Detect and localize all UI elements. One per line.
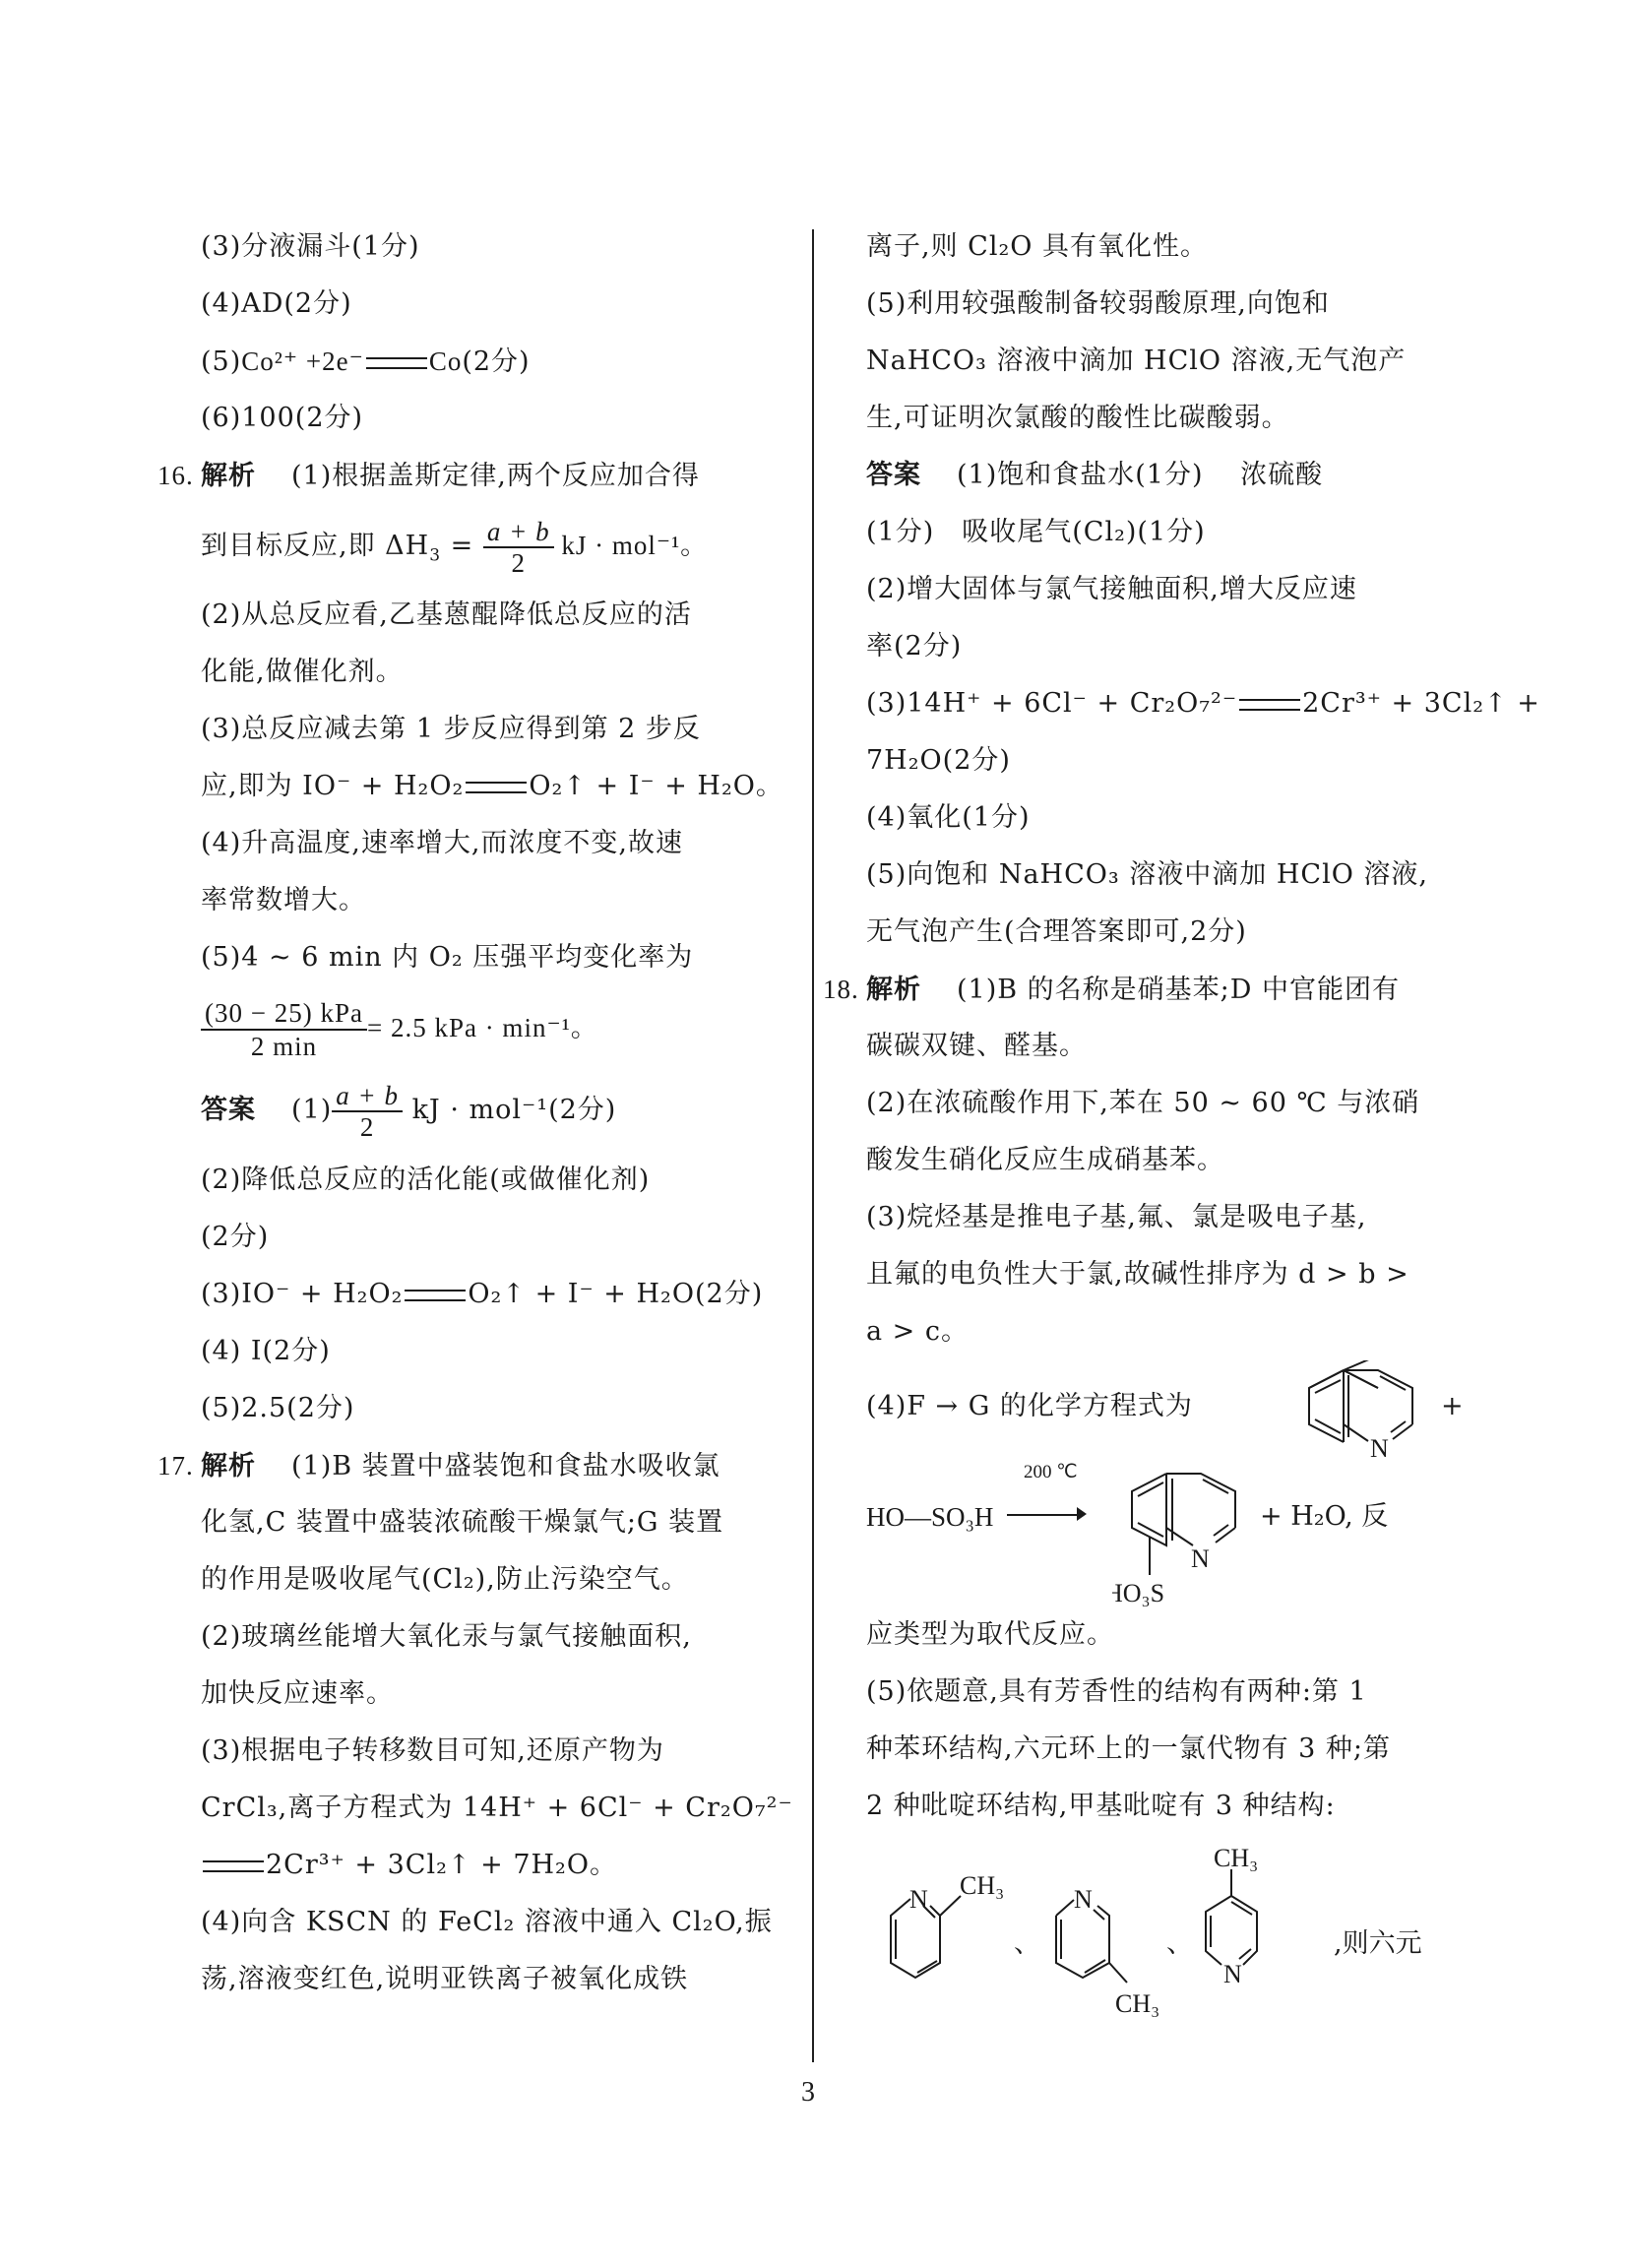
q17-text: (5)利用较强酸制备较弱酸原理,向饱和 bbox=[866, 276, 1474, 333]
q16-text: 化能,做催化剂。 bbox=[157, 644, 797, 701]
analysis-label: 解析 bbox=[201, 461, 256, 491]
q18-text: 2 种吡啶环结构,甲基吡啶有 3 种结构: bbox=[866, 1778, 1474, 1835]
q17-text: (3)根据电子转移数目可知,还原产物为 bbox=[157, 1723, 797, 1780]
q16-answer-5: (5)2.5(2分) bbox=[157, 1380, 797, 1437]
q18-text: 碳碳双键、醛基。 bbox=[866, 1018, 1474, 1075]
left-column: (3)分液漏斗(1分) (4)AD(2分) (5)Co²⁺ +2e⁻Co(2分)… bbox=[157, 219, 797, 2008]
page-number: 3 bbox=[801, 2077, 815, 2109]
q18-text: 且氟的电负性大于氯,故碱性排序为 d > b > bbox=[866, 1246, 1474, 1303]
q18-text: (3)烷烃基是推电子基,氟、氯是吸电子基, bbox=[866, 1189, 1474, 1246]
q16-answer-3: (3)IO⁻ + H₂O₂O₂↑ + I⁻ + H₂O(2分) bbox=[157, 1266, 797, 1323]
q16-text: (2)从总反应看,乙基蒽醌降低总反应的活 bbox=[157, 587, 797, 644]
q17-text: (2)玻璃丝能增大氧化汞与氯气接触面积, bbox=[157, 1608, 797, 1666]
equals-sign-icon bbox=[1239, 699, 1300, 711]
question-number: 16. bbox=[157, 447, 201, 504]
methylpyridine-isomers: N CH₃ 、 N CH₃ 、 bbox=[866, 1835, 1474, 2022]
svg-text:CH₃: CH₃ bbox=[1214, 1844, 1258, 1872]
q18-text: 应类型为取代反应。 bbox=[866, 1606, 1474, 1664]
answer-label: 答案 bbox=[866, 460, 921, 490]
q17-text: NaHCO₃ 溶液中滴加 HClO 溶液,无气泡产 bbox=[866, 333, 1474, 390]
fraction: (30 − 25) kPa2 min bbox=[201, 997, 367, 1062]
q16-text: (5)4 ~ 6 min 内 O₂ 压强平均变化率为 bbox=[157, 929, 797, 986]
q17-text: (4)向含 KSCN 的 FeCl₂ 溶液中通入 Cl₂O,振 bbox=[157, 1894, 797, 1951]
q16-text: 率常数增大。 bbox=[157, 872, 797, 929]
question-number: 17. bbox=[157, 1437, 201, 1494]
quinoline-structure-icon: N bbox=[1289, 1360, 1427, 1459]
answer-label: 答案 bbox=[201, 1095, 256, 1125]
analysis-label: 解析 bbox=[866, 975, 921, 1005]
q18-text: (5)依题意,具有芳香性的结构有两种:第 1 bbox=[866, 1664, 1474, 1721]
q17-answer-4: (4)氧化(1分) bbox=[866, 789, 1474, 847]
equals-sign-icon bbox=[405, 1290, 466, 1301]
q15-answer-3: (3)分液漏斗(1分) bbox=[157, 219, 797, 276]
q16-equation-line: 应,即为 IO⁻ + H₂O₂O₂↑ + I⁻ + H₂O。 bbox=[157, 758, 797, 815]
equals-sign-icon bbox=[366, 357, 427, 369]
analysis-label: 解析 bbox=[201, 1451, 256, 1481]
svg-text:N: N bbox=[909, 1885, 928, 1914]
reaction-arrow-icon bbox=[1007, 1514, 1084, 1516]
quinoline-8-sulfonic-acid-structure-icon: N HO₃S bbox=[1112, 1459, 1250, 1606]
q15-answer-5: (5)Co²⁺ +2e⁻Co(2分) bbox=[157, 333, 797, 390]
q17-text: 化氢,C 装置中盛装浓硫酸干燥氯气;G 装置 bbox=[157, 1494, 797, 1551]
q17-answer-3: 7H₂O(2分) bbox=[866, 732, 1474, 789]
equals-sign-icon bbox=[466, 782, 527, 793]
q17-text: 生,可证明次氯酸的酸性比碳酸弱。 bbox=[866, 390, 1474, 447]
q18-reaction-row: HO—SO₃H 200 ℃ N HO₃S + H₂O, 反 bbox=[866, 1459, 1474, 1606]
q16-formula-line: 到目标反应,即 ΔH3 = a + b2 kJ · mol⁻¹。 bbox=[157, 504, 797, 587]
q17-answer-2: 率(2分) bbox=[866, 618, 1474, 675]
q18-analysis-line: 18.解析(1)B 的名称是硝基苯;D 中官能团有 bbox=[866, 961, 1474, 1018]
q16-analysis-line: 16.解析(1)根据盖斯定律,两个反应加合得 bbox=[157, 447, 797, 504]
q16-text: (3)总反应减去第 1 步反应得到第 2 步反 bbox=[157, 701, 797, 758]
q17-equation-line: 2Cr³⁺ + 3Cl₂↑ + 7H₂O。 bbox=[157, 1837, 797, 1894]
svg-text:N: N bbox=[1223, 1960, 1242, 1988]
q18-fg-equation-line: (4)F → G 的化学方程式为 bbox=[866, 1360, 1474, 1459]
3-methylpyridine-structure-icon: N CH₃ bbox=[1038, 1835, 1176, 2022]
q18-text: a > c。 bbox=[866, 1303, 1474, 1360]
q18-text: 种苯环结构,六元环上的一氯代物有 3 种;第 bbox=[866, 1721, 1474, 1778]
svg-text:CH₃: CH₃ bbox=[960, 1871, 1004, 1900]
q17-text: 的作用是吸收尾气(Cl₂),防止污染空气。 bbox=[157, 1551, 797, 1608]
q16-answer-2: (2)降低总反应的活化能(或做催化剂) bbox=[157, 1152, 797, 1209]
q16-text: (4)升高温度,速率增大,而浓度不变,故速 bbox=[157, 815, 797, 872]
q17-answer-1: 答案(1)饱和食盐水(1分) 浓硫酸 bbox=[866, 447, 1474, 504]
svg-text:HO₃S: HO₃S bbox=[1112, 1579, 1164, 1606]
fraction: a + b2 bbox=[483, 517, 554, 578]
q16-answer-4: (4) Ⅰ(2分) bbox=[157, 1323, 797, 1380]
q18-text: (2)在浓硫酸作用下,苯在 50 ~ 60 ℃ 与浓硝 bbox=[866, 1075, 1474, 1132]
svg-text:N: N bbox=[1370, 1434, 1390, 1459]
q17-text: 离子,则 Cl₂O 具有氧化性。 bbox=[866, 219, 1474, 276]
q15-answer-4: (4)AD(2分) bbox=[157, 276, 797, 333]
q17-answer-2: (2)增大固体与氯气接触面积,增大反应速 bbox=[866, 561, 1474, 618]
q17-answer-1: (1分) 吸收尾气(Cl₂)(1分) bbox=[866, 504, 1474, 561]
q15-answer-6: (6)100(2分) bbox=[157, 390, 797, 447]
q17-text: 加快反应速率。 bbox=[157, 1666, 797, 1723]
q17-text: 荡,溶液变红色,说明亚铁离子被氧化成铁 bbox=[157, 1951, 797, 2008]
question-number: 18. bbox=[823, 961, 866, 1018]
svg-text:N: N bbox=[1074, 1885, 1093, 1914]
q16-answer-2: (2分) bbox=[157, 1209, 797, 1266]
column-divider bbox=[812, 229, 814, 2062]
equals-sign-icon bbox=[203, 1860, 264, 1872]
q16-rate-formula: (30 − 25) kPa2 min= 2.5 kPa · min⁻¹。 bbox=[157, 986, 797, 1069]
q18-text: 酸发生硝化反应生成硝基苯。 bbox=[866, 1132, 1474, 1189]
q17-text: CrCl₃,离子方程式为 14H⁺ + 6Cl⁻ + Cr₂O₇²⁻ bbox=[157, 1780, 797, 1837]
right-column: 离子,则 Cl₂O 具有氧化性。 (5)利用较强酸制备较弱酸原理,向饱和 NaH… bbox=[866, 219, 1474, 2022]
q16-answer-1: 答案(1)a + b2 kJ · mol⁻¹(2分) bbox=[157, 1069, 797, 1152]
q17-answer-5: 无气泡产生(合理答案即可,2分) bbox=[866, 904, 1474, 961]
q17-answer-3: (3)14H⁺ + 6Cl⁻ + Cr₂O₇²⁻2Cr³⁺ + 3Cl₂↑ + bbox=[866, 675, 1474, 732]
fraction: a + b2 bbox=[332, 1081, 403, 1142]
2-methylpyridine-structure-icon: N CH₃ bbox=[866, 1835, 1014, 2022]
q17-analysis-line: 17.解析(1)B 装置中盛装饱和食盐水吸收氯 bbox=[157, 1437, 797, 1494]
svg-text:CH₃: CH₃ bbox=[1115, 1989, 1159, 2018]
4-methylpyridine-structure-icon: N CH₃ bbox=[1186, 1835, 1324, 2022]
q17-answer-5: (5)向饱和 NaHCO₃ 溶液中滴加 HClO 溶液, bbox=[866, 847, 1474, 904]
svg-text:N: N bbox=[1191, 1544, 1210, 1573]
